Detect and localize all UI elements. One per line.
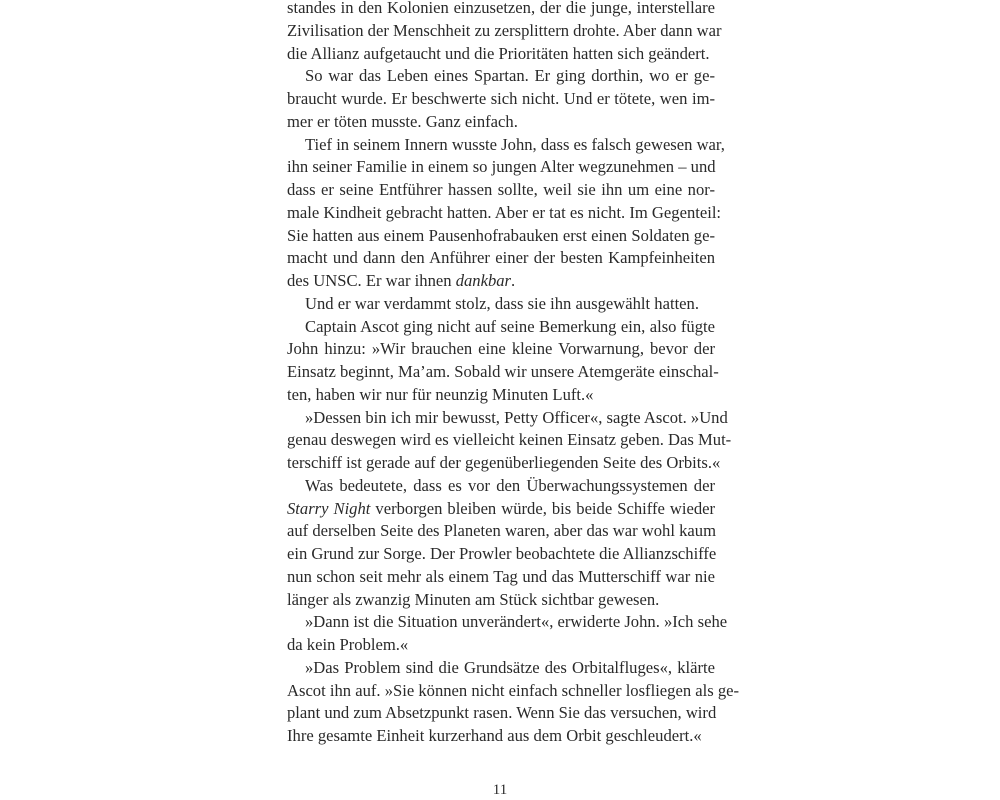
emphasis-text: dankbar — [456, 271, 511, 290]
text-line: Was bedeutete, dass es vor den Überwachu… — [287, 475, 715, 498]
text-line: Einsatz beginnt, Ma’am. Sobald wir unser… — [287, 361, 715, 384]
text-run: verborgen bleiben würde, bis beide Schif… — [370, 499, 715, 518]
text-line: Zivilisation der Menschheit zu zersplitt… — [287, 20, 715, 43]
text-line: die Allianz aufgetaucht und die Prioritä… — [287, 43, 715, 66]
ship-name-emphasis: Starry Night — [287, 499, 370, 518]
text-line: Ascot ihn auf. »Sie können nicht einfach… — [287, 680, 715, 703]
text-line: Starry Night verborgen bleiben würde, bi… — [287, 498, 715, 521]
text-line: mer er töten musste. Ganz einfach. — [287, 111, 715, 134]
text-line: standes in den Kolonien einzusetzen, der… — [287, 0, 715, 20]
text-line: »Dann ist die Situation unverändert«, er… — [287, 611, 715, 634]
text-line: Und er war verdammt stolz, dass sie ihn … — [287, 293, 715, 316]
text-line: »Dessen bin ich mir bewusst, Petty Offic… — [287, 407, 715, 430]
text-run: . — [511, 271, 515, 290]
paragraph-3: Tief in seinem Innern wusste John, dass … — [287, 134, 715, 293]
text-line: dass er seine Entführer hassen sollte, w… — [287, 179, 715, 202]
text-line: male Kindheit gebracht hatten. Aber er t… — [287, 202, 715, 225]
book-page-body: standes in den Kolonien einzusetzen, der… — [287, 0, 715, 748]
paragraph-1: standes in den Kolonien einzusetzen, der… — [287, 0, 715, 65]
text-line: macht und dann den Anführer einer der be… — [287, 247, 715, 270]
text-line: Tief in seinem Innern wusste John, dass … — [287, 134, 715, 157]
paragraph-7: Was bedeutete, dass es vor den Überwachu… — [287, 475, 715, 612]
text-line: ein Grund zur Sorge. Der Prowler beobach… — [287, 543, 715, 566]
paragraph-2: So war das Leben eines Spartan. Er ging … — [287, 65, 715, 133]
paragraph-5: Captain Ascot ging nicht auf seine Bemer… — [287, 316, 715, 407]
text-line: da kein Problem.« — [287, 634, 715, 657]
text-line: Captain Ascot ging nicht auf seine Bemer… — [287, 316, 715, 339]
text-run: des UNSC. Er war ihnen — [287, 271, 456, 290]
text-line: nun schon seit mehr als einem Tag und da… — [287, 566, 715, 589]
paragraph-4: Und er war verdammt stolz, dass sie ihn … — [287, 293, 715, 316]
text-line: länger als zwanzig Minuten am Stück sich… — [287, 589, 715, 612]
text-line: ten, haben wir nur für neunzig Minuten L… — [287, 384, 715, 407]
text-line: ihn seiner Familie in einem so jungen Al… — [287, 156, 715, 179]
text-line: »Das Problem sind die Grundsätze des Orb… — [287, 657, 715, 680]
text-line: Sie hatten aus einem Pausenhofrabauken e… — [287, 225, 715, 248]
text-line: terschiff ist gerade auf der gegenüberli… — [287, 452, 715, 475]
paragraph-9: »Das Problem sind die Grundsätze des Orb… — [287, 657, 715, 748]
text-line: plant und zum Absetzpunkt rasen. Wenn Si… — [287, 702, 715, 725]
text-line: des UNSC. Er war ihnen dankbar. — [287, 270, 715, 293]
text-line: auf derselben Seite des Planeten waren, … — [287, 520, 715, 543]
page-number: 11 — [0, 782, 1000, 799]
text-line: So war das Leben eines Spartan. Er ging … — [287, 65, 715, 88]
text-line: braucht wurde. Er beschwerte sich nicht.… — [287, 88, 715, 111]
paragraph-8: »Dann ist die Situation unverändert«, er… — [287, 611, 715, 657]
text-line: Ihre gesamte Einheit kurzerhand aus dem … — [287, 725, 715, 748]
paragraph-6: »Dessen bin ich mir bewusst, Petty Offic… — [287, 407, 715, 475]
text-line: genau deswegen wird es vielleicht keinen… — [287, 429, 715, 452]
text-line: John hinzu: »Wir brauchen eine kleine Vo… — [287, 338, 715, 361]
